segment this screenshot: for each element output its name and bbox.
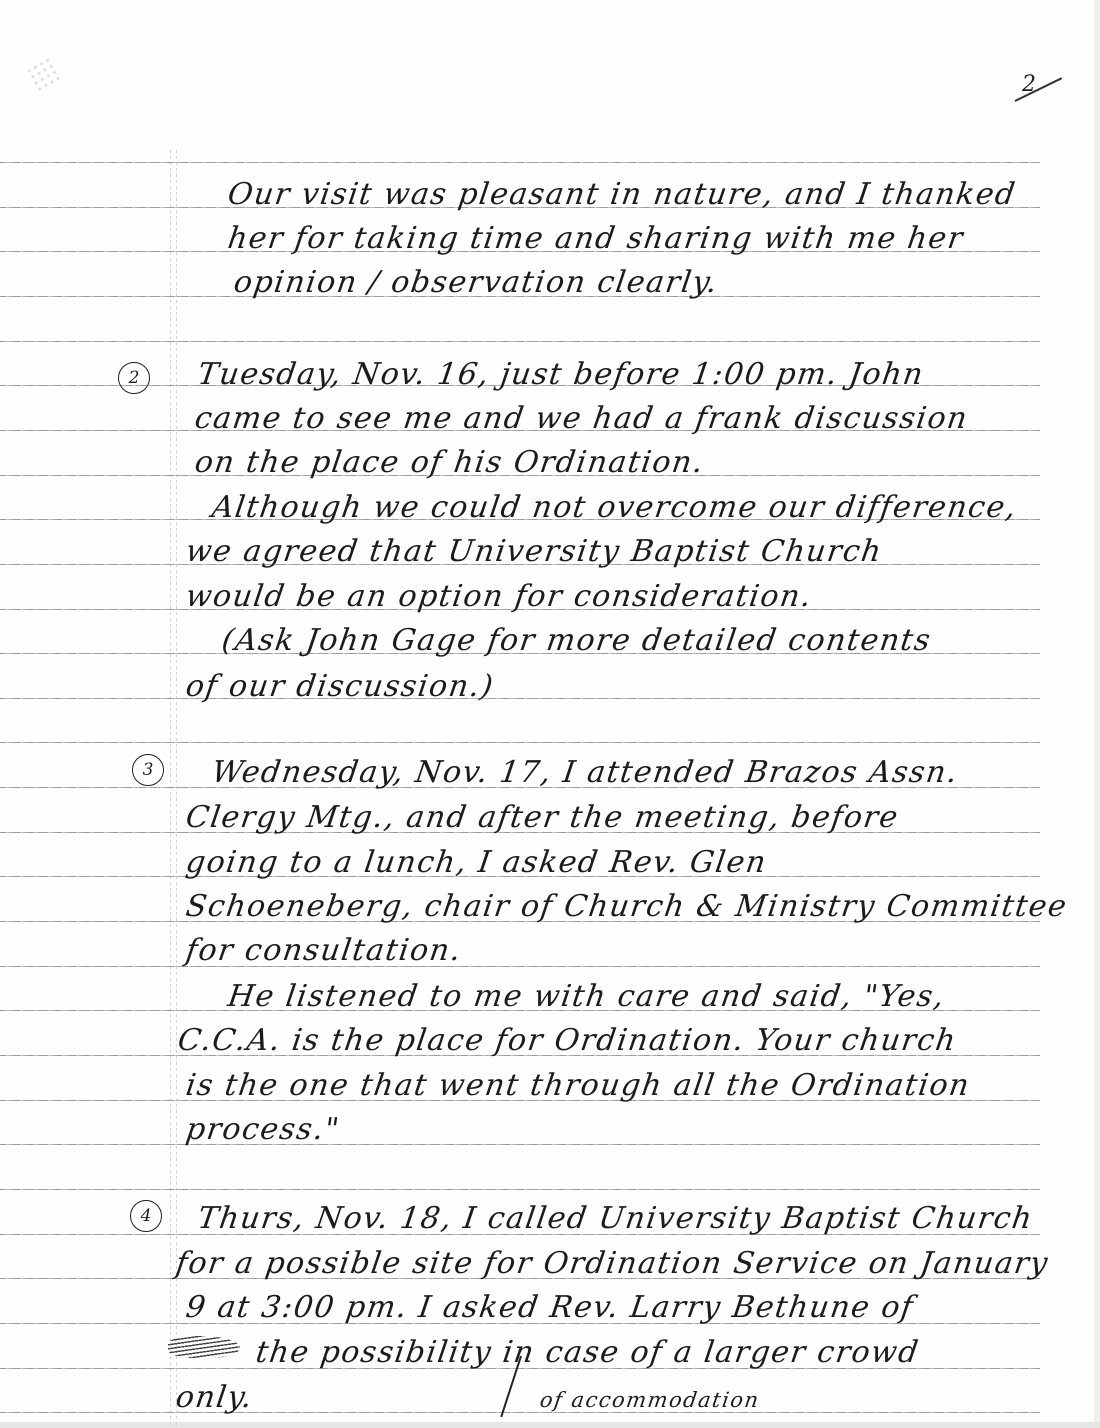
text-line: of our discussion.) <box>184 672 496 702</box>
text-line: 9 at 3:00 pm. I asked Rev. Larry Bethune… <box>184 1293 916 1323</box>
ruled-line <box>0 698 1040 699</box>
text-line: on the place of his Ordination. <box>193 448 706 478</box>
text-line: going to a lunch, I asked Rev. Glen <box>184 848 769 878</box>
text-line: the possibility in case of a larger crow… <box>254 1338 921 1368</box>
text-line: would be an option for consideration. <box>184 582 814 612</box>
text-line: Schoeneberg, chair of Church & Ministry … <box>184 892 1070 922</box>
text-line: C.C.A. is the place for Ordination. Your… <box>176 1026 959 1056</box>
item-number-4: 4 <box>130 1200 162 1232</box>
text-line: Tuesday, Nov. 16, just before 1:00 pm. J… <box>196 360 926 390</box>
page-right-edge <box>1094 0 1100 1428</box>
text-line: for a possible site for Ordination Servi… <box>174 1249 1051 1279</box>
text-line: Thurs, Nov. 18, I called University Bapt… <box>196 1204 1035 1234</box>
ruled-line <box>0 966 1040 967</box>
ruled-line <box>0 162 1040 163</box>
text-line: process." <box>184 1115 342 1145</box>
text-line: opinion / observation clearly. <box>232 268 720 298</box>
ruled-line <box>0 1412 1040 1413</box>
text-line: we agreed that University Baptist Church <box>184 537 884 567</box>
text-line: for consultation. <box>184 936 464 966</box>
ruled-line <box>0 742 1040 743</box>
ruled-line <box>0 341 1040 342</box>
page-bottom-edge <box>0 1422 1100 1428</box>
text-line: He listened to me with care and said, "Y… <box>226 982 947 1012</box>
item-number-2: 2 <box>118 362 150 394</box>
text-line: (Ask John Gage for more detailed content… <box>220 626 933 656</box>
text-line: Clergy Mtg., and after the meeting, befo… <box>184 803 901 833</box>
text-line: her for taking time and sharing with me … <box>226 224 966 254</box>
text-line: came to see me and we had a frank discus… <box>193 404 970 434</box>
ruled-line <box>0 1144 1040 1145</box>
text-line: Our visit was pleasant in nature, and I … <box>226 180 1018 210</box>
item-number-3: 3 <box>132 754 164 786</box>
text-line: only. <box>174 1383 255 1413</box>
text-line: Wednesday, Nov. 17, I attended Brazos As… <box>210 758 960 788</box>
scan-smudge <box>25 55 66 96</box>
handwritten-page: 2 Our visit was pleasant in nature, and … <box>0 0 1100 1428</box>
text-line: Although we could not overcome our diffe… <box>210 493 1019 523</box>
text-line: is the one that went through all the Ord… <box>184 1071 972 1101</box>
ruled-line <box>0 1189 1040 1190</box>
crossed-out-word <box>168 1336 240 1358</box>
insertion-text: of accommodation <box>539 1390 761 1411</box>
